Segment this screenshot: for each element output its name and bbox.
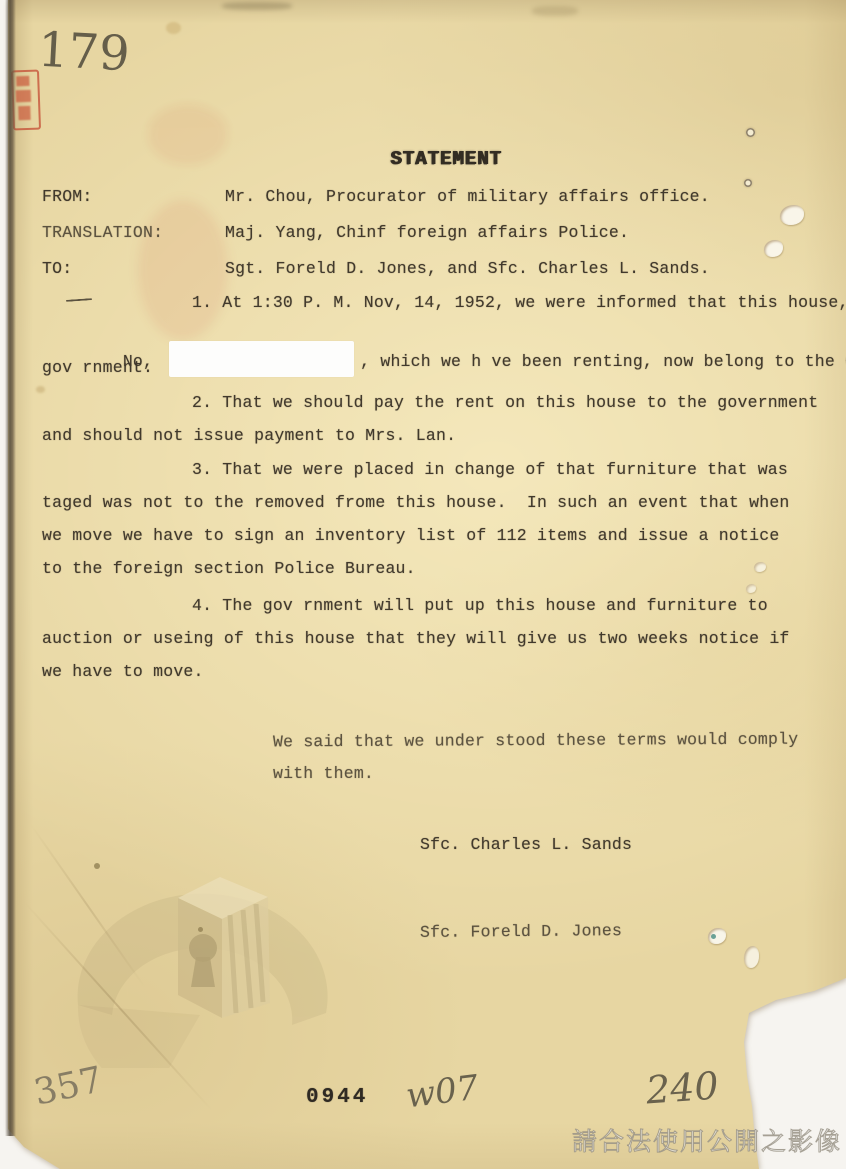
paragraph3-line4: to the foreign section Police Bureau. xyxy=(42,559,416,578)
handwritten-dash-mark xyxy=(66,298,92,302)
paragraph1-line2-post: , which we h ve been renting, now belong… xyxy=(360,352,846,371)
pinhole xyxy=(746,128,755,137)
stain-spot xyxy=(198,927,203,932)
paper-tear-blob xyxy=(780,205,804,225)
translation-value: Maj. Yang, Chinf foreign affairs Police. xyxy=(225,223,629,242)
paragraph4-line3: we have to move. xyxy=(42,662,204,681)
translation-label: TRANSLATION: xyxy=(42,223,163,242)
stain-spot xyxy=(222,2,292,10)
pencil-bottom-center-mark: w07 xyxy=(404,1068,481,1117)
paragraph2-line1: 2. That we should pay the rent on this h… xyxy=(192,393,818,412)
copyright-watermark-text: 請合法使用公開之影像 xyxy=(572,1122,842,1158)
red-ink-smudge xyxy=(138,200,228,340)
paragraph3-line3: we move we have to sign an inventory lis… xyxy=(42,526,779,545)
pencil-page-number: 179 xyxy=(37,22,131,83)
archive-number-stamp: 0944 xyxy=(306,1086,368,1109)
signature-jones: Sfc. Foreld D. Jones xyxy=(420,921,622,942)
paragraph1-line3: gov rnment. xyxy=(42,358,153,377)
pinhole xyxy=(744,179,752,187)
redaction-box xyxy=(169,341,354,377)
signature-sands: Sfc. Charles L. Sands xyxy=(420,835,632,854)
scanned-document-page: 179 STATEMENT FROM: Mr. Chou, Procurator… xyxy=(0,0,846,1169)
paragraph4-line1: 4. The gov rnment will put up this house… xyxy=(192,596,768,615)
paper-tear-blob xyxy=(764,240,783,257)
to-label: TO: xyxy=(42,259,72,278)
paragraph1-line2: No,, which we h ve been renting, now bel… xyxy=(42,322,846,396)
closing-line1: We said that we under stood these terms … xyxy=(273,730,798,752)
red-ink-smudge-small xyxy=(148,105,228,165)
paper-shadow-wrap: 179 STATEMENT FROM: Mr. Chou, Procurator… xyxy=(0,0,846,1169)
archives-watermark-logo xyxy=(70,853,340,1068)
paragraph1-line1: 1. At 1:30 P. M. Nov, 14, 1952, we were … xyxy=(192,293,846,312)
paragraph3-line1: 3. That we were placed in change of that… xyxy=(192,460,788,479)
paper-tear-blob xyxy=(744,946,759,968)
stain-spot xyxy=(94,863,100,869)
paragraph3-line2: taged was not to the removed frome this … xyxy=(42,493,790,512)
paper-tear-blob xyxy=(754,562,766,572)
stain-spot xyxy=(532,6,578,16)
document-title: STATEMENT xyxy=(390,148,502,170)
teal-fleck xyxy=(711,934,716,939)
paragraph2-line2: and should not issue payment to Mrs. Lan… xyxy=(42,426,456,445)
from-label: FROM: xyxy=(42,187,93,206)
pencil-bottom-left-number: 357 xyxy=(30,1059,106,1113)
from-value: Mr. Chou, Procurator of military affairs… xyxy=(225,187,710,206)
to-value: Sgt. Foreld D. Jones, and Sfc. Charles L… xyxy=(225,259,710,278)
paper-tear-blob xyxy=(746,584,756,593)
pencil-bottom-right-number: 240 xyxy=(645,1064,720,1113)
paragraph4-line2: auction or useing of this house that the… xyxy=(42,629,790,648)
stain-spot xyxy=(36,386,45,393)
scan-edge-shadow xyxy=(5,0,16,1136)
stain-spot xyxy=(166,22,181,34)
paper-sheet: 179 STATEMENT FROM: Mr. Chou, Procurator… xyxy=(8,0,846,1169)
closing-line2: with them. xyxy=(273,764,374,783)
